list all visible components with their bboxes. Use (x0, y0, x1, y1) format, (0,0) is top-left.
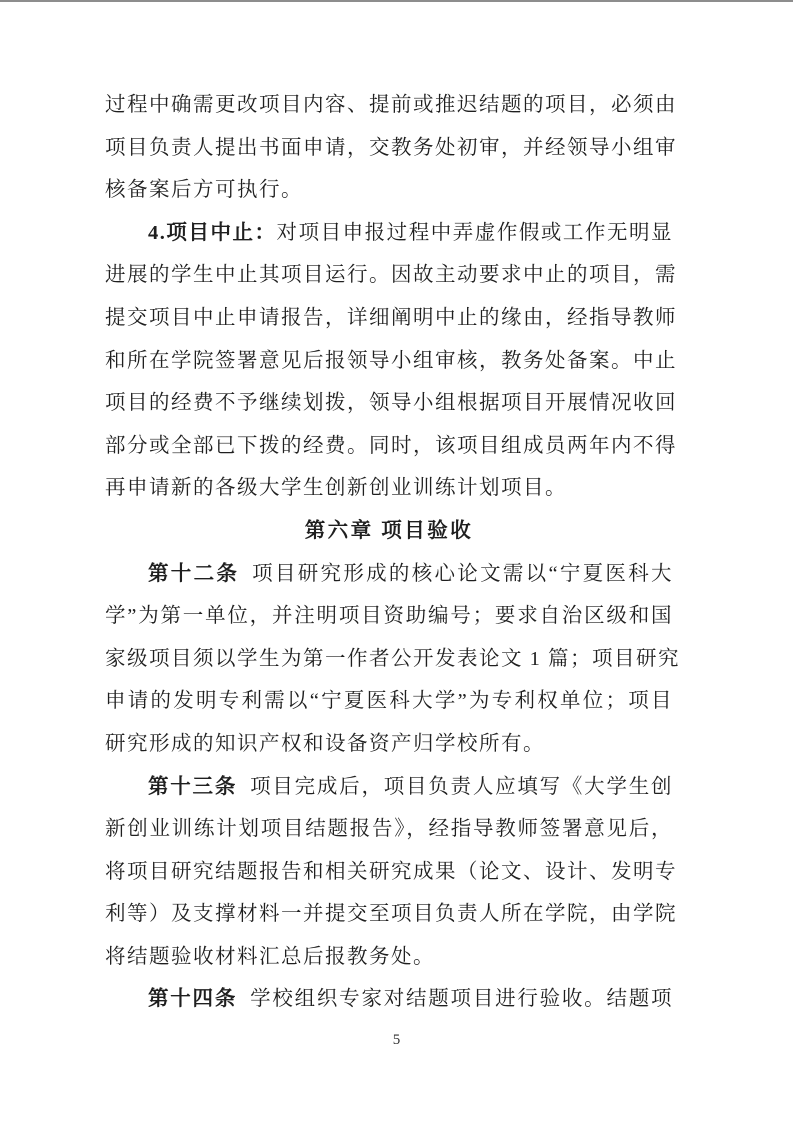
text-line: 和所在学院签署意见后报领导小组审核，教务处备案。中止 (105, 340, 673, 383)
line-text: 提交项目中止申请报告，详细阐明中止的缘由，经指导教师 (105, 307, 677, 329)
text-line: 再申请新的各级大学生创新创业训练计划项目。 (105, 467, 673, 510)
bold-lead: 4.项目中止： (148, 222, 277, 244)
page-number: 5 (393, 1032, 401, 1048)
page-footer: 5 (0, 1032, 793, 1049)
text-line: 4.项目中止：对项目申报过程中弄虚作假或工作无明显 (105, 212, 673, 255)
line-text: 项目研究形成的核心论文需以“宁夏医科大 (252, 563, 673, 585)
line-text: 申请的发明专利需以“宁夏医科大学”为专利权单位；项目 (105, 690, 673, 712)
line-text: 学校组织专家对结题项目进行验收。结题项 (250, 988, 673, 1010)
text-line: 项目的经费不予继续划拨，领导小组根据项目开展情况收回 (105, 382, 673, 425)
text-line: 过程中确需更改项目内容、提前或推迟结题的项目，必须由 (105, 84, 673, 127)
text-line: 研究形成的知识产权和设备资产归学校所有。 (105, 723, 673, 766)
bold-lead: 第十二条 (148, 563, 239, 585)
line-text: 利等）及支撑材料一并提交至项目负责人所在学院，由学院 (105, 903, 677, 925)
line-text: 和所在学院签署意见后报领导小组审核，教务处备案。中止 (105, 350, 677, 372)
line-text: 对项目申报过程中弄虚作假或工作无明显 (277, 222, 673, 244)
chapter-heading: 第六章 项目验收 (105, 510, 673, 553)
text-line: 将结题验收材料汇总后报教务处。 (105, 936, 673, 979)
page-top-edge-line (0, 0, 793, 2)
line-text: 再申请新的各级大学生创新创业训练计划项目。 (105, 477, 567, 499)
line-text: 家级项目须以学生为第一作者公开发表论文 1 篇；项目研究 (105, 648, 680, 670)
text-line: 将项目研究结题报告和相关研究成果（论文、设计、发明专 (105, 851, 673, 894)
text-line: 第十四条学校组织专家对结题项目进行验收。结题项 (105, 978, 673, 1021)
text-line: 学”为第一单位，并注明项目资助编号；要求自治区级和国 (105, 595, 673, 638)
line-text: 将结题验收材料汇总后报教务处。 (105, 946, 435, 968)
line-text: 将项目研究结题报告和相关研究成果（论文、设计、发明专 (105, 861, 677, 883)
document-body: 过程中确需更改项目内容、提前或推迟结题的项目，必须由 项目负责人提出书面申请，交… (105, 84, 673, 1021)
line-text: 新创业训练计划项目结题报告》，经指导教师签署意见后， (105, 818, 673, 840)
chapter-heading-text: 第六章 项目验收 (305, 520, 474, 542)
text-line: 新创业训练计划项目结题报告》，经指导教师签署意见后， (105, 808, 673, 851)
line-text: 项目的经费不予继续划拨，领导小组根据项目开展情况收回 (105, 392, 677, 414)
text-line: 家级项目须以学生为第一作者公开发表论文 1 篇；项目研究 (105, 638, 673, 681)
text-line: 第十三条项目完成后，项目负责人应填写《大学生创 (105, 766, 673, 809)
line-text: 学”为第一单位，并注明项目资助编号；要求自治区级和国 (105, 605, 673, 627)
text-line: 进展的学生中止其项目运行。因故主动要求中止的项目，需 (105, 254, 673, 297)
text-line: 部分或全部已下拨的经费。同时，该项目组成员两年内不得 (105, 425, 673, 468)
document-page: 过程中确需更改项目内容、提前或推迟结题的项目，必须由 项目负责人提出书面申请，交… (0, 0, 793, 1122)
bold-lead: 第十四条 (148, 988, 237, 1010)
line-text: 过程中确需更改项目内容、提前或推迟结题的项目，必须由 (105, 94, 677, 116)
bold-lead: 第十三条 (148, 776, 237, 798)
text-line: 第十二条项目研究形成的核心论文需以“宁夏医科大 (105, 553, 673, 596)
text-line: 核备案后方可执行。 (105, 169, 673, 212)
line-text: 项目负责人提出书面申请，交教务处初审，并经领导小组审 (105, 137, 677, 159)
line-text: 部分或全部已下拨的经费。同时，该项目组成员两年内不得 (105, 435, 677, 457)
text-line: 项目负责人提出书面申请，交教务处初审，并经领导小组审 (105, 127, 673, 170)
text-line: 利等）及支撑材料一并提交至项目负责人所在学院，由学院 (105, 893, 673, 936)
line-text: 核备案后方可执行。 (105, 179, 303, 201)
line-text: 研究形成的知识产权和设备资产归学校所有。 (105, 733, 545, 755)
line-text: 进展的学生中止其项目运行。因故主动要求中止的项目，需 (105, 264, 677, 286)
line-text: 项目完成后，项目负责人应填写《大学生创 (250, 776, 673, 798)
text-line: 申请的发明专利需以“宁夏医科大学”为专利权单位；项目 (105, 680, 673, 723)
text-line: 提交项目中止申请报告，详细阐明中止的缘由，经指导教师 (105, 297, 673, 340)
